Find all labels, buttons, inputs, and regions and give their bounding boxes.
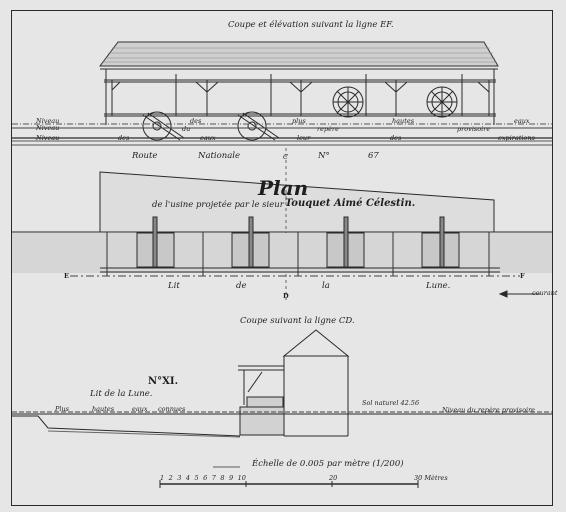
- owner-name: Touquet Aimé Célestin.: [285, 198, 415, 209]
- drawing-sheet: Coupe et élévation suivant la ligne EF. …: [0, 0, 566, 512]
- line-work: [0, 0, 566, 512]
- water-line-label: hautes: [92, 405, 114, 413]
- water-label: eaux: [514, 117, 530, 125]
- water-label: eaux: [200, 134, 216, 142]
- water-label: provisoire: [457, 125, 490, 133]
- water-label: du: [182, 125, 190, 133]
- road-label: 67: [368, 151, 379, 161]
- road-label: Route: [132, 151, 157, 161]
- water-label: plus: [292, 117, 306, 125]
- water-label: leur: [297, 134, 310, 142]
- scale-tick: 7: [212, 474, 216, 482]
- level-label-2: Niveau: [36, 124, 59, 132]
- scale-tick: 4: [186, 474, 190, 482]
- level-label-3: Niveau: [36, 134, 59, 142]
- benchmark-label: Niveau du repère provisoire: [442, 406, 535, 414]
- plan-subtitle: de l'usine projetée par le sieur: [152, 200, 284, 210]
- water-line-label: connues: [158, 405, 185, 413]
- scale-tick: 5: [195, 474, 199, 482]
- plan-title: Plan: [258, 176, 308, 200]
- water-label: expirations: [498, 134, 535, 142]
- river-label: Lune.: [426, 281, 450, 291]
- section-cd-title: Coupe suivant la ligne CD.: [240, 316, 355, 326]
- water-line-label: Plus: [55, 405, 69, 413]
- road-label: Nationale: [198, 151, 240, 161]
- water-label: des: [390, 134, 401, 142]
- river-label: la: [322, 281, 330, 291]
- scale-tick: 3: [177, 474, 181, 482]
- water-label: des: [118, 134, 129, 142]
- scale-tick: 10: [238, 474, 246, 482]
- scale-tick: 9: [229, 474, 233, 482]
- scale-tick: 6: [203, 474, 207, 482]
- water-label: repère: [317, 125, 339, 133]
- section-ef-title: Coupe et élévation suivant la ligne EF.: [228, 20, 394, 30]
- water-line-label: eaux: [132, 405, 148, 413]
- roof: [100, 42, 498, 66]
- scale-title: Échelle de 0.005 par mètre (1/200): [252, 459, 404, 469]
- scale-tick: 1: [160, 474, 164, 482]
- reference-number: N°XI.: [148, 376, 178, 387]
- scale-tick: 2: [169, 474, 173, 482]
- road-label: N°: [318, 151, 330, 161]
- water-label: hautes: [392, 117, 414, 125]
- scale-mid-label: 20: [329, 474, 337, 482]
- section-cd-river-label: Lit de la Lune.: [90, 389, 152, 399]
- axis-f-label: F: [520, 272, 525, 280]
- water-label: des: [190, 117, 201, 125]
- scale-end-label: 30 Mètres: [414, 474, 448, 482]
- river-label: de: [236, 281, 246, 291]
- house-gable: [284, 330, 348, 356]
- axis-d-label: D: [283, 292, 289, 300]
- natural-ground-label: Sol naturel 42.56: [362, 399, 419, 407]
- axis-c-label: C: [283, 153, 288, 161]
- axis-e-label: E: [64, 272, 69, 280]
- scale-tick: 8: [220, 474, 224, 482]
- river-label: Lit: [168, 281, 180, 291]
- flow-arrow-label: courant: [532, 289, 558, 297]
- scale-ticks: 1 2 3 4 5 6 7 8 9 10: [160, 474, 246, 482]
